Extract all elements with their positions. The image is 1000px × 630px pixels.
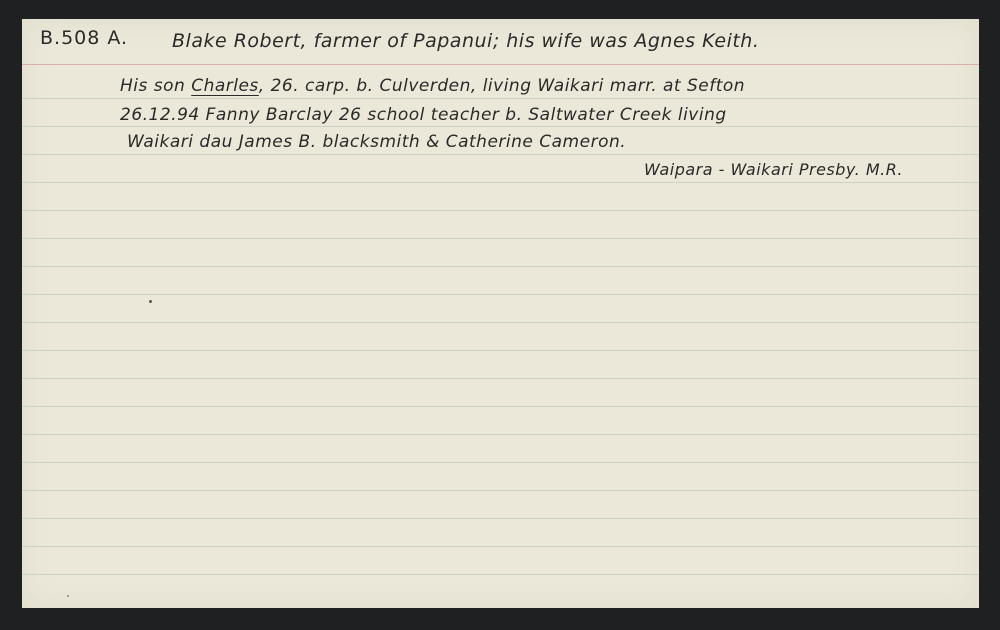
ruled-line	[22, 126, 979, 127]
source-reference: Waipara - Waikari Presby. M.R.	[644, 160, 903, 179]
call-number: B.508 A.	[40, 27, 128, 49]
ruled-line	[22, 518, 979, 519]
ruled-line	[22, 462, 979, 463]
entry-line-3: 26.12.94 Fanny Barclay 26 school teacher…	[120, 105, 727, 125]
red-header-rule	[22, 64, 979, 65]
ruled-line	[22, 378, 979, 379]
ruled-line	[22, 406, 979, 407]
ruled-line	[22, 574, 979, 575]
ink-speck	[149, 300, 152, 303]
entry-line-2-prefix: His son	[120, 76, 191, 96]
entry-line-4: Waikari dau James B. blacksmith & Cather…	[127, 132, 626, 152]
underlined-name-charles: Charles	[191, 76, 259, 96]
ruled-line	[22, 322, 979, 323]
ruled-line	[22, 546, 979, 547]
ruled-line	[22, 182, 979, 183]
ruled-line	[22, 266, 979, 267]
ruled-line	[22, 434, 979, 435]
ruled-line	[22, 490, 979, 491]
ruled-line	[22, 350, 979, 351]
ruled-line	[22, 98, 979, 99]
entry-line-2-suffix: , 26. carp. b. Culverden, living Waikari…	[259, 76, 745, 96]
index-card: B.508 A. Blake Robert, farmer of Papanui…	[22, 19, 979, 608]
entry-line-2: His son Charles, 26. carp. b. Culverden,…	[120, 76, 745, 96]
ruled-line	[22, 154, 979, 155]
ruled-line	[22, 294, 979, 295]
ruled-line	[22, 210, 979, 211]
entry-line-1: Blake Robert, farmer of Papanui; his wif…	[172, 30, 759, 52]
ink-speck	[67, 595, 69, 597]
ruled-line	[22, 238, 979, 239]
